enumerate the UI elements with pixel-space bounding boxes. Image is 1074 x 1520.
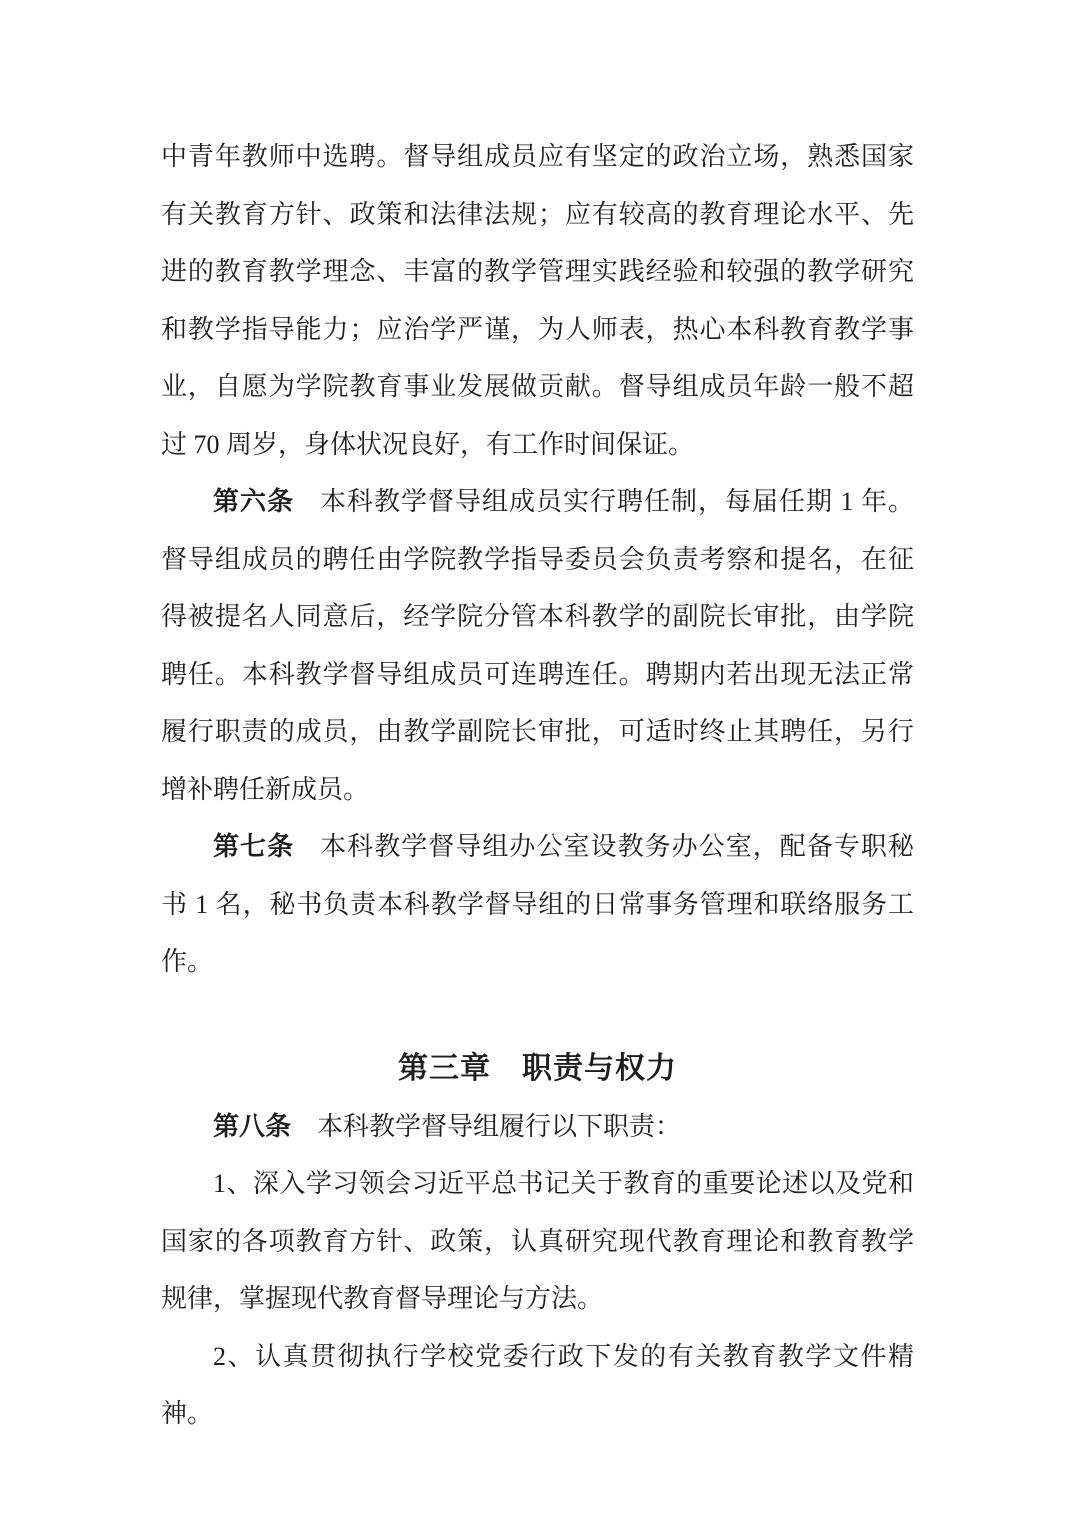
article-6-label: 第六条 <box>213 487 294 516</box>
chapter-3-heading: 第三章 职责与权力 <box>161 1040 914 1098</box>
article-8-label: 第八条 <box>213 1112 291 1141</box>
paragraph-article-6: 第六条本科教学督导组成员实行聘任制，每届任期 1 年。督导组成员的聘任由学院教学… <box>161 473 914 818</box>
paragraph-duty-item-1: 1、深入学习领会习近平总书记关于教育的重要论述以及党和国家的各项教育方针、政策，… <box>161 1155 914 1328</box>
document-body: 中青年教师中选聘。督导组成员应有坚定的政治立场，熟悉国家有关教育方针、政策和法律… <box>161 128 914 1443</box>
paragraph-continuation: 中青年教师中选聘。督导组成员应有坚定的政治立场，熟悉国家有关教育方针、政策和法律… <box>161 128 914 473</box>
paragraph-article-7: 第七条本科教学督导组办公室设教务办公室，配备专职秘书 1 名，秘书负责本科教学督… <box>161 818 914 991</box>
document-page: 中青年教师中选聘。督导组成员应有坚定的政治立场，熟悉国家有关教育方针、政策和法律… <box>0 0 1074 1520</box>
paragraph-article-8: 第八条本科教学督导组履行以下职责： <box>161 1098 914 1156</box>
article-6-text: 本科教学督导组成员实行聘任制，每届任期 1 年。督导组成员的聘任由学院教学指导委… <box>161 487 914 804</box>
article-7-label: 第七条 <box>213 832 294 861</box>
paragraph-duty-item-2: 2、认真贯彻执行学校党委行政下发的有关教育教学文件精神。 <box>161 1328 914 1443</box>
article-8-text: 本科教学督导组履行以下职责： <box>317 1112 681 1141</box>
